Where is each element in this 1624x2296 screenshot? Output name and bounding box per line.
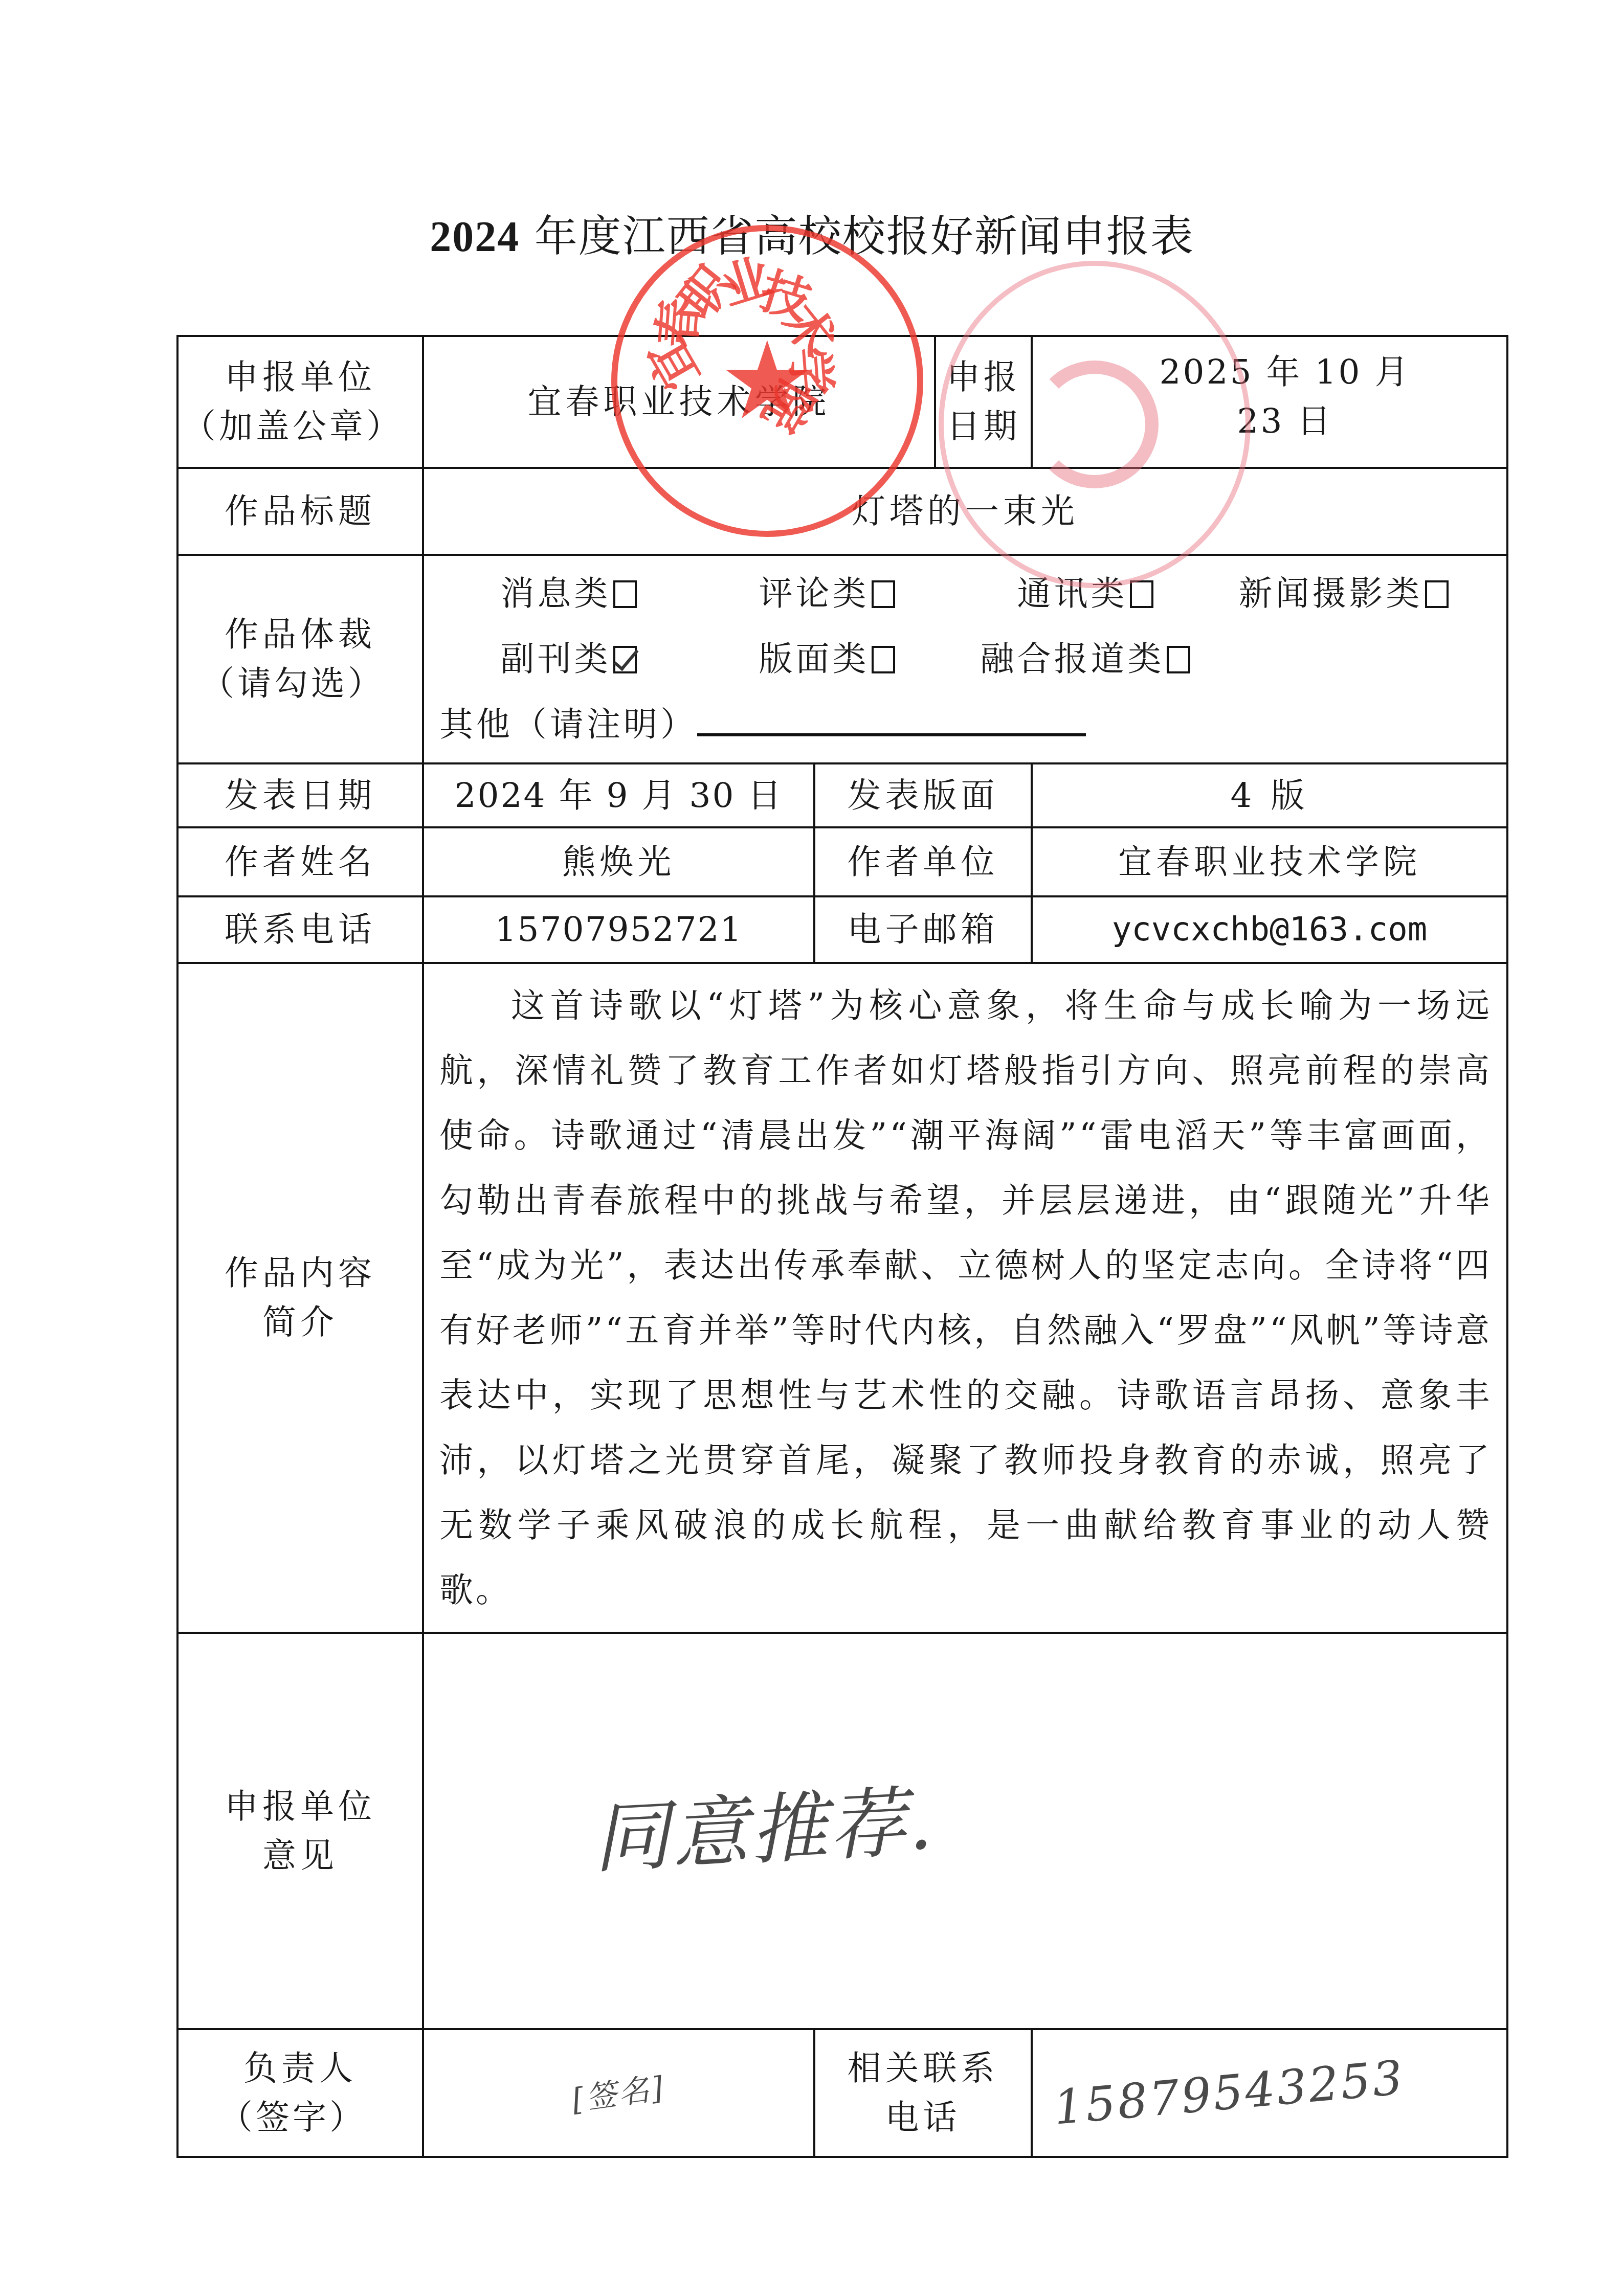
genre-option-feature[interactable]: 通讯类 xyxy=(956,569,1214,618)
row-contact: 联系电话 15707952721 电子邮箱 ycvcxchb@163.com xyxy=(177,896,1507,963)
page-title: 2024 年度江西省高校校报好新闻申报表 xyxy=(0,202,1624,264)
application-form-table: 申报单位 （加盖公章） 宜春职业技术学院 申报日期 2025 年 10 月 23… xyxy=(176,335,1508,2158)
checkbox-supplement-checked[interactable] xyxy=(613,646,637,673)
genre-other-input[interactable] xyxy=(697,713,1086,736)
title-text: 年度江西省高校校报好新闻申报表 xyxy=(535,211,1194,261)
submit-date-label: 申报日期 xyxy=(936,337,1031,467)
opinion-handwriting: 同意推荐. xyxy=(590,1766,937,1895)
row-summary: 作品内容 简介 这首诗歌以“灯塔”为核心意象，将生命与成长喻为一场远航，深情礼赞… xyxy=(177,963,1507,1633)
genre-other: 其他（请注明） xyxy=(439,692,1506,757)
summary-label-2: 简介 xyxy=(179,1298,422,1347)
genre-option-convergence[interactable]: 融合报道类 xyxy=(956,635,1214,684)
contact-phone-value[interactable]: 15707952721 xyxy=(423,896,814,963)
publish-date-value[interactable]: 2024 年 9 月 30 日 xyxy=(423,763,814,827)
checkbox-layout[interactable] xyxy=(872,646,895,673)
submit-date-line1: 2025 年 10 月 xyxy=(1063,348,1506,397)
summary-label: 作品内容 xyxy=(179,1249,422,1298)
responsible-label-cell: 负责人 （签字） xyxy=(177,2029,423,2157)
unit-label-note: （加盖公章） xyxy=(163,402,422,451)
opinion-label-2: 意见 xyxy=(179,1831,422,1880)
genre-line-2: 副刊类 版面类 融合报道类 xyxy=(439,626,1506,692)
checkbox-news[interactable] xyxy=(613,580,637,608)
opinion-value-cell[interactable]: 同意推荐. xyxy=(423,1633,1507,2029)
publish-page-label: 发表版面 xyxy=(814,763,1032,827)
genre-option-news[interactable]: 消息类 xyxy=(439,569,698,618)
genre-option-layout[interactable]: 版面类 xyxy=(698,635,956,684)
genre-option-photo[interactable]: 新闻摄影类 xyxy=(1214,569,1473,618)
related-phone-cell[interactable]: 15879543253 xyxy=(1032,2029,1507,2157)
author-unit-value[interactable]: 宜春职业技术学院 xyxy=(1032,827,1507,896)
row-work-title: 作品标题 灯塔的一束光 xyxy=(177,468,1507,555)
summary-text[interactable]: 这首诗歌以“灯塔”为核心意象，将生命与成长喻为一场远航，深情礼赞了教育工作者如灯… xyxy=(423,963,1507,1633)
genre-other-label: 其他（请注明） xyxy=(439,700,697,749)
contact-phone-label: 联系电话 xyxy=(177,896,423,963)
author-name-label: 作者姓名 xyxy=(177,827,423,896)
summary-label-cell: 作品内容 简介 xyxy=(177,963,423,1633)
row-author: 作者姓名 熊焕光 作者单位 宜春职业技术学院 xyxy=(177,827,1507,896)
related-phone-label: 相关联系 xyxy=(815,2044,1031,2093)
work-title-value[interactable]: 灯塔的一束光 xyxy=(423,468,1507,555)
genre-option-supplement[interactable]: 副刊类 xyxy=(439,635,698,684)
checkbox-commentary[interactable] xyxy=(872,580,895,608)
work-title-label: 作品标题 xyxy=(177,468,423,555)
author-name-value[interactable]: 熊焕光 xyxy=(423,827,814,896)
genre-option-commentary[interactable]: 评论类 xyxy=(698,569,956,618)
author-unit-label: 作者单位 xyxy=(814,827,1032,896)
row-genre: 作品体裁 （请勾选） 消息类 评论类 通讯类 新闻摄影类 副刊类 版面类 融合报… xyxy=(177,555,1507,763)
unit-label: 申报单位 xyxy=(179,353,422,402)
submit-date-line2: 23 日 xyxy=(1063,397,1506,446)
publish-page-value[interactable]: 4 版 xyxy=(1032,763,1507,827)
genre-line-1: 消息类 评论类 通讯类 新闻摄影类 xyxy=(439,561,1506,626)
related-phone-label-cell: 相关联系 电话 xyxy=(814,2029,1032,2157)
related-phone-handwriting: 15879543253 xyxy=(1051,2044,1407,2143)
genre-label: 作品体裁 xyxy=(179,610,422,659)
title-year: 2024 xyxy=(430,213,520,261)
unit-value-cell[interactable]: 宜春职业技术学院 申报日期 xyxy=(423,336,1032,468)
signature-cell[interactable]: [签名] xyxy=(423,2029,814,2157)
opinion-label-cell: 申报单位 意见 xyxy=(177,1633,423,2029)
unit-value: 宜春职业技术学院 xyxy=(424,337,936,467)
responsible-label-note: （签字） xyxy=(163,2093,422,2142)
row-opinion: 申报单位 意见 同意推荐. xyxy=(177,1633,1507,2029)
related-phone-label-2: 电话 xyxy=(815,2093,1031,2142)
email-value[interactable]: ycvcxchb@163.com xyxy=(1032,896,1507,963)
row-unit: 申报单位 （加盖公章） 宜春职业技术学院 申报日期 2025 年 10 月 23… xyxy=(177,336,1507,468)
publish-date-label: 发表日期 xyxy=(177,763,423,827)
responsible-label: 负责人 xyxy=(179,2044,422,2093)
checkbox-feature[interactable] xyxy=(1130,580,1153,608)
genre-label-cell: 作品体裁 （请勾选） xyxy=(177,555,423,763)
unit-label-cell: 申报单位 （加盖公章） xyxy=(177,336,423,468)
genre-label-note: （请勾选） xyxy=(163,659,422,708)
opinion-label: 申报单位 xyxy=(179,1782,422,1831)
checkbox-photo[interactable] xyxy=(1425,580,1449,608)
row-responsible: 负责人 （签字） [签名] 相关联系 电话 15879543253 xyxy=(177,2029,1507,2157)
submit-date-value-cell[interactable]: 2025 年 10 月 23 日 xyxy=(1032,336,1507,468)
signature-handwriting: [签名] xyxy=(569,2066,668,2123)
genre-options: 消息类 评论类 通讯类 新闻摄影类 副刊类 版面类 融合报道类 其他（请注明） xyxy=(423,555,1507,763)
row-publish: 发表日期 2024 年 9 月 30 日 发表版面 4 版 xyxy=(177,763,1507,827)
checkbox-convergence[interactable] xyxy=(1167,646,1190,673)
seal-char: 技 xyxy=(753,252,820,333)
email-label: 电子邮箱 xyxy=(814,896,1032,963)
